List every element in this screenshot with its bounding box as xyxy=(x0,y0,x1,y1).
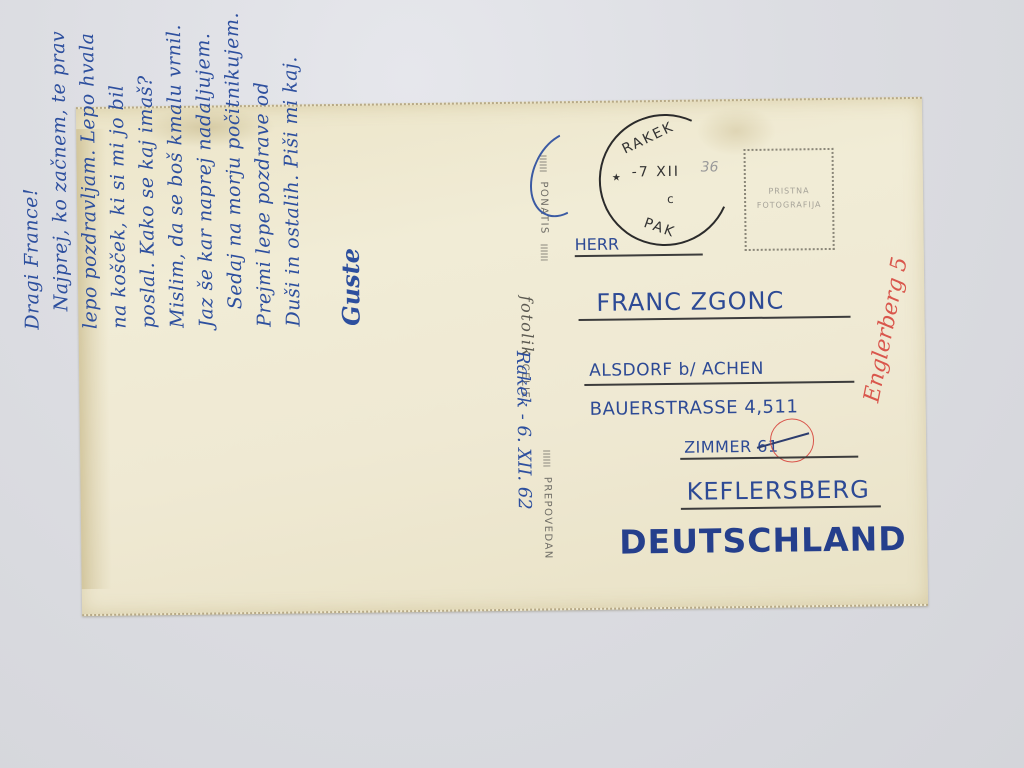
postmark-letter: c xyxy=(667,192,676,206)
underline xyxy=(681,505,881,509)
message-line: Jaz še kar naprej nadaljujem. xyxy=(187,0,222,328)
recipient-name: FRANC ZGONC xyxy=(596,287,784,317)
handwritten-date: Rakek - 6. XII. 62 xyxy=(512,351,535,510)
address-country: DEUTSCHLAND xyxy=(619,519,907,562)
address-city: KEFLERSBERG xyxy=(686,476,869,506)
pencil-note: 36 xyxy=(701,159,719,175)
divider-text: PONATISPREPOVEDAN fotolikCELJE Rakek - 6… xyxy=(508,145,554,625)
address-salutation: HERR xyxy=(575,235,620,255)
star-icon: ★ xyxy=(612,173,623,184)
message-line: Duši in ostalih. Piši mi kaj. xyxy=(274,0,309,327)
message-line: Prejmi lepe pozdrave od xyxy=(245,0,280,327)
postmark-date: -7 XII xyxy=(632,164,680,181)
postcard: Dragi France! Najprej, ko začnem, te pra… xyxy=(76,97,928,616)
message-line: Sedaj na morju počitnikujem. xyxy=(216,0,251,327)
stamp-line2: FOTOGRAFIJA xyxy=(746,200,832,210)
underline xyxy=(575,254,703,257)
message-line: Dragi France! xyxy=(13,0,48,330)
stamp-box: PRISTNA FOTOGRAFIJA xyxy=(743,148,834,251)
message-line: na košček, ki si mi jo bil xyxy=(100,0,135,329)
address-line1: ALSDORF b/ ACHEN xyxy=(589,359,764,381)
underline xyxy=(584,381,854,386)
message-line: poslal. Kako se kaj imaš? xyxy=(129,0,164,328)
brand-script: fotolik xyxy=(517,296,537,358)
print-right: PREPOVEDAN xyxy=(541,477,553,560)
address-line2: BAUERSTRASSE 4,511 xyxy=(590,396,799,420)
signature: Guste xyxy=(336,248,366,326)
message-line: lepo pozdravljam. Lepo hvala xyxy=(71,0,106,329)
red-annotation: Englerberg 5 xyxy=(860,233,923,406)
stamp-line1: PRISTNA xyxy=(746,186,832,196)
message-line: Mislim, da se boš kmalu vrnil. xyxy=(158,0,193,328)
handwritten-message: Dragi France! Najprej, ko začnem, te pra… xyxy=(13,0,439,330)
message-line: Najprej, ko začnem, te prav xyxy=(42,0,77,330)
